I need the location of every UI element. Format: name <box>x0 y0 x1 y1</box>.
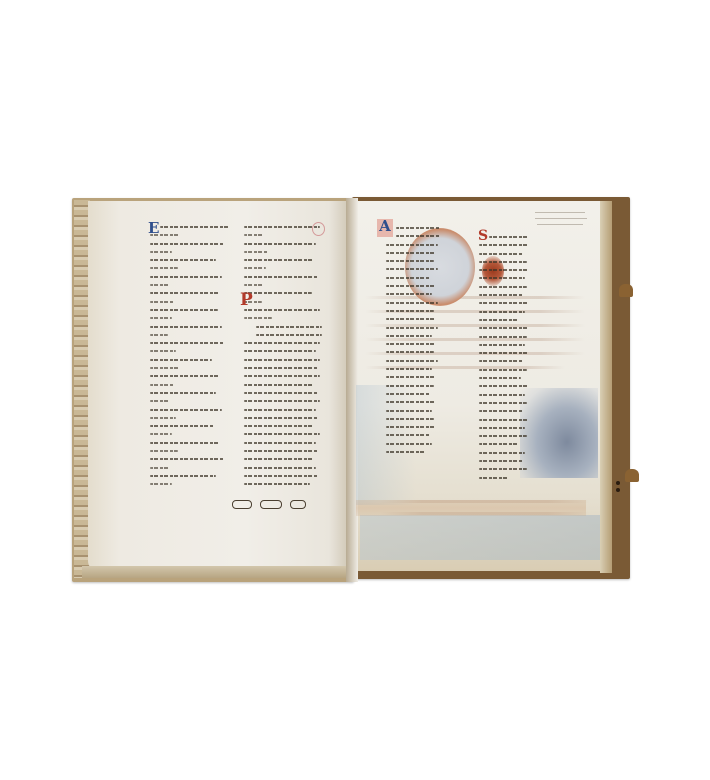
catchword-scroll <box>232 494 342 504</box>
left-page-column-1 <box>150 226 230 492</box>
bottom-blue-wash <box>360 515 600 560</box>
right-page-column-2 <box>479 236 539 485</box>
open-manuscript: E P <box>0 0 710 780</box>
water-damage-band <box>356 500 586 516</box>
marginal-note <box>537 224 583 225</box>
right-page-column-1 <box>386 227 448 459</box>
marginal-note <box>535 218 587 219</box>
clasp-bottom <box>625 469 639 482</box>
rivet <box>616 481 620 485</box>
left-page-column-2 <box>244 226 328 492</box>
initial-p-red: P <box>240 292 253 309</box>
red-circle-mark <box>312 222 325 236</box>
clasp-top <box>619 284 633 297</box>
left-bottom-edge <box>82 566 350 578</box>
rivet <box>616 488 620 492</box>
marginal-note <box>535 212 585 213</box>
right-page-edge <box>600 201 612 573</box>
